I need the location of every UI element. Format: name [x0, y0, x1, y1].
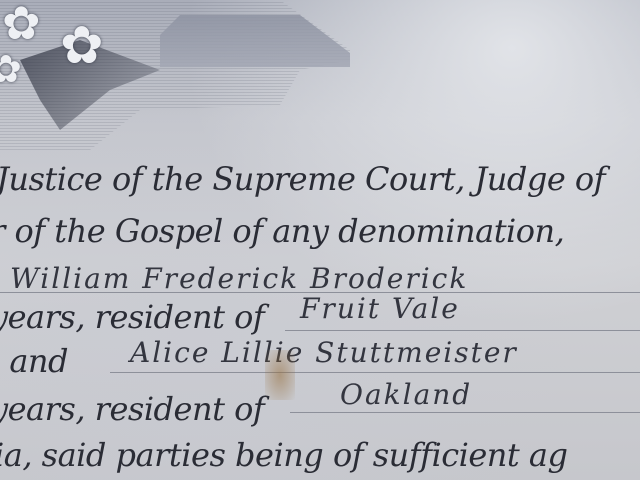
printed-line-5: years, resident of [0, 390, 264, 428]
printed-line-6: ia, said parties being of sufficient ag [0, 436, 567, 474]
daisy-icon: ✿ [2, 0, 41, 46]
bride-residence-line [290, 412, 640, 413]
printed-line-4: , and [0, 342, 68, 380]
bride-name-line [110, 372, 640, 373]
printed-line-1: Justice of the Supreme Court, Judge of [0, 160, 605, 198]
bride-residence: Oakland [340, 378, 472, 411]
printed-line-3: years, resident of [0, 298, 264, 336]
stone-plinth-illustration [160, 15, 350, 67]
groom-name: William Frederick Broderick [10, 262, 468, 295]
daisy-icon: ✿ [60, 20, 104, 72]
bride-name: Alice Lillie Stuttmeister [130, 336, 518, 369]
groom-residence: Fruit Vale [300, 292, 460, 325]
groom-residence-line [285, 330, 640, 331]
certificate-paper: ✿ ✿ ✿ Justice of the Supreme Court, Judg… [0, 0, 640, 480]
daisy-icon: ✿ [0, 50, 22, 88]
age-stain [265, 350, 295, 400]
printed-line-2: r of the Gospel of any denomination, [0, 212, 564, 250]
